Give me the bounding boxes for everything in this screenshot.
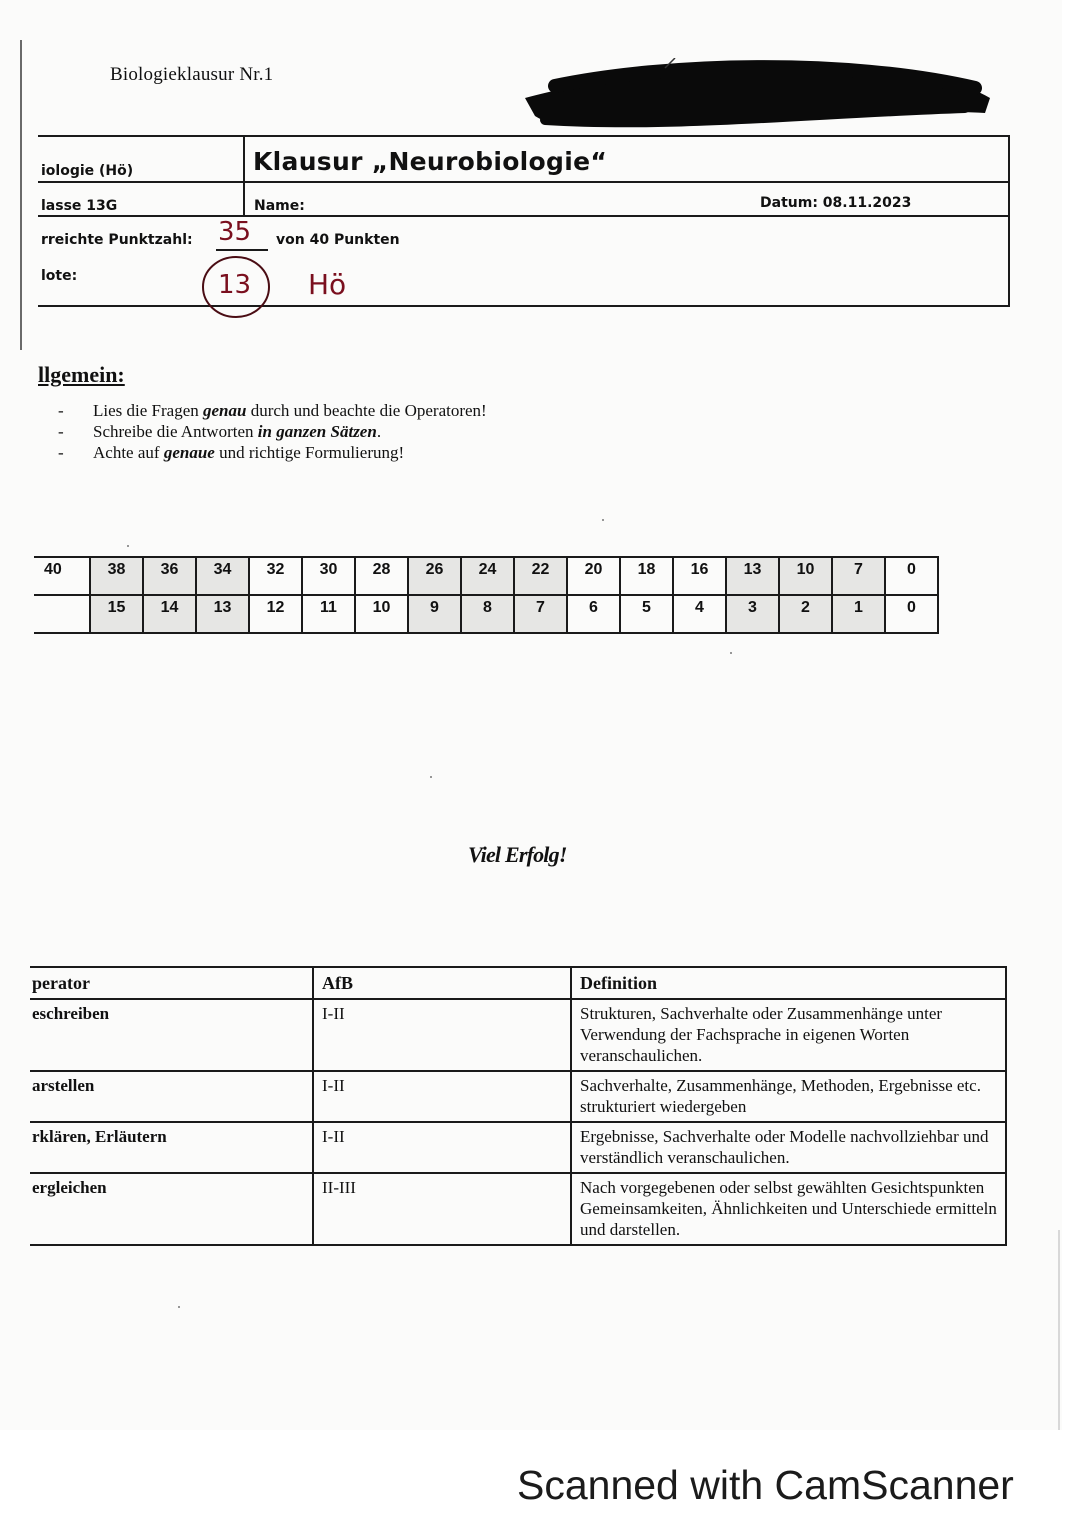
points-suffix: von 40 Punkten: [276, 232, 400, 248]
grade-cell: 11: [302, 595, 355, 633]
points-cell: 34: [196, 557, 249, 595]
grade-cell: 9: [408, 595, 461, 633]
camscanner-watermark: Scanned with CamScanner: [517, 1462, 1014, 1509]
header-afb: AfB: [313, 967, 571, 999]
rule: [38, 181, 1010, 183]
afb-level: I-II: [313, 999, 571, 1071]
operator-name: arstellen: [30, 1071, 313, 1122]
points-cell: 26: [408, 557, 461, 595]
scan-speck: [178, 1306, 180, 1308]
points-cell: 30: [302, 557, 355, 595]
operator-name: ergleichen: [30, 1173, 313, 1245]
teacher-initials: Hö: [308, 268, 346, 301]
points-label: rreichte Punktzahl:: [41, 232, 193, 248]
operator-definition: Nach vorgegebenen oder selbst gewählten …: [571, 1173, 1006, 1245]
rule: [1008, 135, 1010, 307]
good-luck-text: Viel Erfolg!: [468, 842, 567, 868]
points-underline: [216, 249, 268, 251]
operator-name: eschreiben: [30, 999, 313, 1071]
page-edge: [20, 40, 22, 350]
bullet-dash: -: [58, 400, 64, 421]
grade-cell: 8: [461, 595, 514, 633]
afb-level: I-II: [313, 1122, 571, 1173]
emphasis: in ganzen Sätzen: [258, 422, 377, 441]
rule: [38, 135, 1010, 137]
operator-table: perator AfB Definition eschreibenI-IIStr…: [30, 966, 1007, 1246]
operator-definition: Strukturen, Sachverhalte oder Zusammenhä…: [571, 999, 1006, 1071]
points-cell: 18: [620, 557, 673, 595]
class-label: lasse 13G: [41, 198, 117, 214]
points-cell: 28: [355, 557, 408, 595]
grade-cell: 14: [143, 595, 196, 633]
scanned-page: Biologieklausur Nr.1 iologie (Hö) Klausu…: [0, 0, 1062, 1430]
scan-speck: [127, 545, 129, 547]
rule: [38, 305, 1010, 307]
rule-item: -Achte auf genaue und richtige Formulier…: [58, 442, 487, 463]
operator-definition: Sachverhalte, Zusammenhänge, Methoden, E…: [571, 1071, 1006, 1122]
points-cell: 32: [249, 557, 302, 595]
grade-cell: 3: [726, 595, 779, 633]
grade-cell: 12: [249, 595, 302, 633]
grade-cell: 0: [885, 595, 938, 633]
points-cell: 36: [143, 557, 196, 595]
grade-cell: 4: [673, 595, 726, 633]
operator-row: rklären, ErläuternI-IIErgebnisse, Sachve…: [30, 1122, 1006, 1173]
rule: [243, 135, 245, 217]
general-heading: llgemein:: [38, 362, 125, 388]
grade-cell: 13: [196, 595, 249, 633]
rule-item: -Lies die Fragen genau durch und beachte…: [58, 400, 487, 421]
grade-cell: [34, 595, 90, 633]
points-cell: 22: [514, 557, 567, 595]
grade-cell: 10: [355, 595, 408, 633]
scan-speck: [602, 519, 604, 521]
grade-cell: 6: [567, 595, 620, 633]
date-label: Datum: 08.11.2023: [760, 195, 911, 211]
name-label: Name:: [254, 198, 305, 214]
afb-level: II-III: [313, 1173, 571, 1245]
points-cell: 13: [726, 557, 779, 595]
header-operator: perator: [30, 967, 313, 999]
scan-speck: [730, 652, 732, 654]
rule-item: -Schreibe die Antworten in ganzen Sätzen…: [58, 421, 487, 442]
points-cell: 40: [34, 557, 90, 595]
points-cell: 0: [885, 557, 938, 595]
grade-cell: 2: [779, 595, 832, 633]
emphasis: genau: [203, 401, 246, 420]
points-cell: 7: [832, 557, 885, 595]
grade-cell: 7: [514, 595, 567, 633]
points-cell: 20: [567, 557, 620, 595]
grade-cell: 5: [620, 595, 673, 633]
exam-header: iologie (Hö) Klausur „Neurobiologie“ las…: [38, 135, 1010, 307]
emphasis: genaue: [164, 443, 215, 462]
exam-title: Klausur „Neurobiologie“: [253, 147, 607, 176]
grades-row: 1514131211109876543210: [34, 595, 938, 633]
grade-cell: 1: [832, 595, 885, 633]
grade-label: lote:: [41, 268, 77, 284]
bullet-dash: -: [58, 442, 64, 463]
header-definition: Definition: [571, 967, 1006, 999]
bullet-dash: -: [58, 421, 64, 442]
rule: [38, 215, 1010, 217]
subject-label: iologie (Hö): [41, 163, 133, 179]
grade-scale-table: 40383634323028262422201816131070 1514131…: [34, 556, 939, 634]
redaction-scribble: [515, 58, 995, 128]
points-cell: 10: [779, 557, 832, 595]
operator-table-header: perator AfB Definition: [30, 967, 1006, 999]
points-cell: 24: [461, 557, 514, 595]
afb-level: I-II: [313, 1071, 571, 1122]
points-row: 40383634323028262422201816131070: [34, 557, 938, 595]
operator-row: ergleichenII-IIINach vorgegebenen oder s…: [30, 1173, 1006, 1245]
points-cell: 16: [673, 557, 726, 595]
operator-row: arstellenI-IISachverhalte, Zusammenhänge…: [30, 1071, 1006, 1122]
operator-name: rklären, Erläutern: [30, 1122, 313, 1173]
grade-cell: 15: [90, 595, 143, 633]
general-rules: -Lies die Fragen genau durch und beachte…: [58, 400, 487, 463]
document-title: Biologieklausur Nr.1: [110, 64, 273, 86]
handwritten-points: 35: [218, 217, 251, 247]
page-edge: [1058, 1230, 1060, 1430]
points-cell: 38: [90, 557, 143, 595]
operator-definition: Ergebnisse, Sachverhalte oder Modelle na…: [571, 1122, 1006, 1173]
operator-row: eschreibenI-IIStrukturen, Sachverhalte o…: [30, 999, 1006, 1071]
handwritten-grade: 13: [218, 270, 251, 300]
scan-speck: [430, 776, 432, 778]
